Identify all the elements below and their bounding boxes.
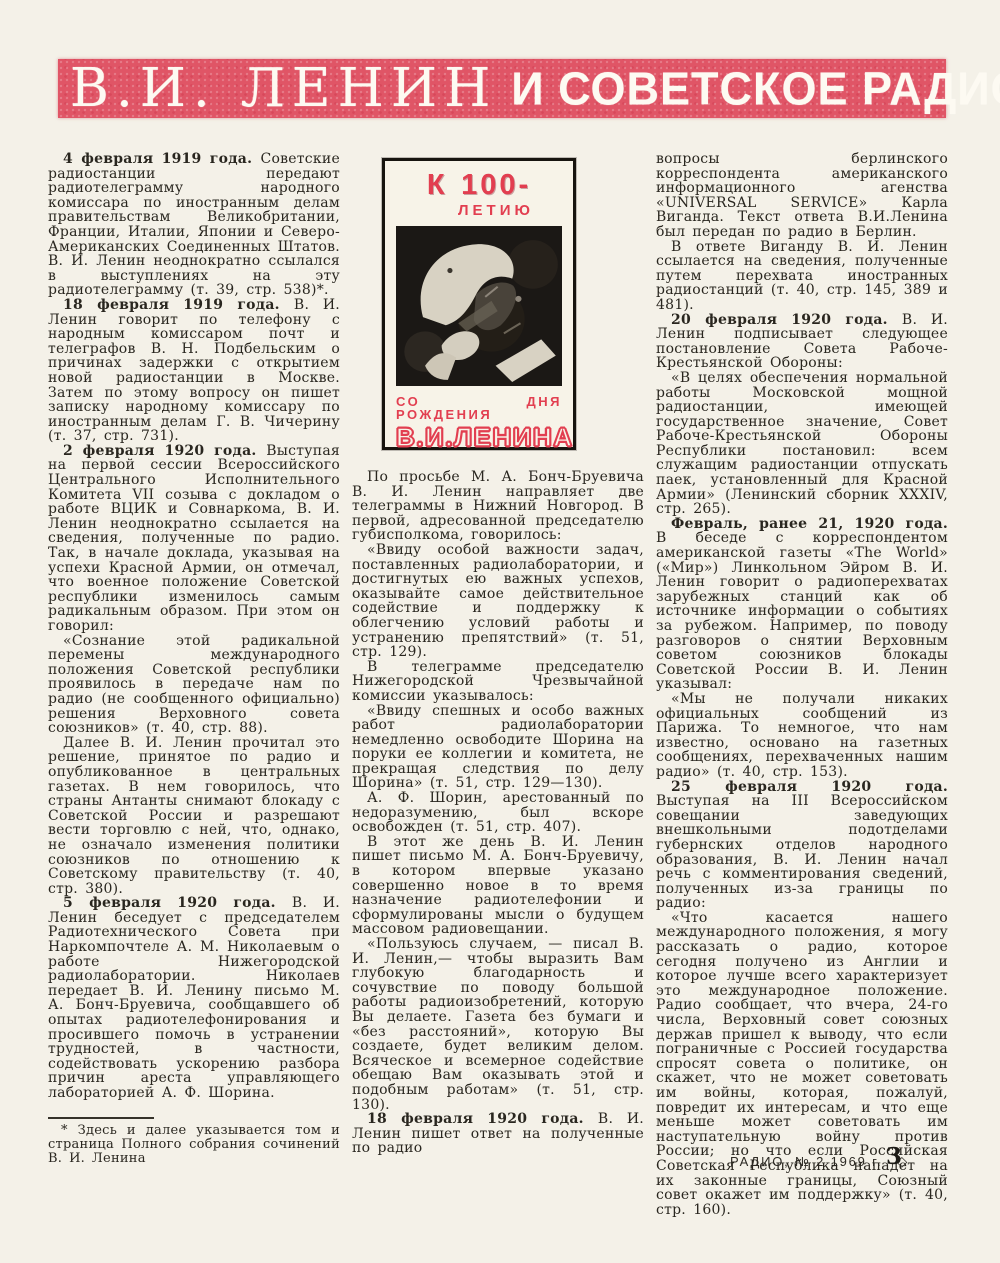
poster-headline: К 100-: [396, 171, 562, 200]
paragraph: вопросы берлинского корреспондента амери…: [656, 152, 948, 240]
date-lead: 18 февраля 1919 года.: [63, 297, 294, 313]
paragraph: «Пользуюсь случаем, — писал В. И. Ленин,…: [352, 937, 644, 1112]
date-lead: 2 февраля 1920 года.: [63, 443, 266, 459]
poster-subheadline: ЛЕТИЮ: [458, 203, 562, 218]
paragraph: В телеграмме председателю Нижегородской …: [352, 660, 644, 704]
date-lead: Февраль, ранее 21, 1920 года.: [671, 516, 948, 532]
paragraph: В ответе Виганду В. И. Ленин ссылается н…: [656, 240, 948, 313]
column-right: вопросы берлинского корреспондента амери…: [656, 152, 948, 1217]
paragraph: «В целях обеспечения нормальной работы М…: [656, 371, 948, 517]
page-footer: РАДИО, № 2 1969 г.◇: [730, 1153, 907, 1170]
date-lead: 18 февраля 1920 года.: [367, 1111, 598, 1127]
paragraph: 18 февраля 1920 года. В. И. Ленин пишет …: [352, 1112, 644, 1156]
article-masthead: В.И. ЛЕНИН И СОВЕТСКОЕ РАДИО: [58, 59, 946, 118]
column-left: 4 февраля 1919 года. Советские радиостан…: [48, 152, 340, 1217]
paragraph: «Ввиду особой важности задач, поставленн…: [352, 543, 644, 660]
paragraph: 18 февраля 1919 года. В. И. Ленин говори…: [48, 298, 340, 444]
date-lead: 4 февраля 1919 года.: [63, 151, 260, 167]
paragraph: 20 февраля 1920 года. В. И. Ленин подпис…: [656, 313, 948, 371]
journal-issue-label: РАДИО, № 2 1969 г.: [730, 1154, 883, 1169]
footnote-divider: [48, 1117, 154, 1119]
paragraph: 25 февраля 1920 года. Выступая на III Вс…: [656, 780, 948, 911]
footnote-text: * Здесь и далее указывается том и страни…: [48, 1124, 340, 1167]
lenin-portrait-photo: [396, 226, 562, 386]
magazine-page: В.И. ЛЕНИН И СОВЕТСКОЕ РАДИО 4 февраля 1…: [0, 0, 1000, 1263]
paragraph: 4 февраля 1919 года. Советские радиостан…: [48, 152, 340, 298]
center-paragraphs: По просьбе М. А. Бонч-Бруевича В. И. Лен…: [352, 470, 644, 1156]
paragraph: «Ввиду спешных и особо важных работ ради…: [352, 704, 644, 792]
lenin-centenary-poster: К 100- ЛЕТИЮ: [382, 158, 576, 450]
paragraph: По просьбе М. А. Бонч-Бруевича В. И. Лен…: [352, 470, 644, 543]
paragraph: 2 февраля 1920 года. Выступая на первой …: [48, 444, 340, 634]
poster-caption-big: В.И.ЛЕНИНА: [396, 424, 562, 451]
date-lead: 25 февраля 1920 года.: [671, 779, 948, 795]
paragraph: Далее В. И. Ленин прочитал это решение, …: [48, 736, 340, 897]
paragraph: 5 февраля 1920 года. В. И. Ленин беседуе…: [48, 896, 340, 1100]
page-number: 3: [886, 1143, 902, 1170]
poster-caption-small: СО ДНЯ РОЖДЕНИЯ: [396, 395, 562, 421]
masthead-title-lenin: В.И. ЛЕНИН: [70, 62, 497, 115]
article-body: 4 февраля 1919 года. Советские радиостан…: [48, 152, 948, 1217]
paragraph: Февраль, ранее 21, 1920 года. В беседе с…: [656, 517, 948, 692]
paragraph: «Мы не получали никаких официальных сооб…: [656, 692, 948, 780]
date-lead: 20 февраля 1920 года.: [671, 312, 902, 328]
paragraph: В этот же день В. И. Ленин пишет письмо …: [352, 835, 644, 937]
column-center: К 100- ЛЕТИЮ: [352, 152, 644, 1217]
left-paragraphs: 4 февраля 1919 года. Советские радиостан…: [48, 152, 340, 1101]
date-lead: 5 февраля 1920 года.: [63, 895, 292, 911]
right-paragraphs: вопросы берлинского корреспондента амери…: [656, 152, 948, 1217]
masthead-title-soviet-radio: И СОВЕТСКОЕ РАДИО: [511, 65, 1000, 112]
paragraph: А. Ф. Шорин, арестованный по недоразумен…: [352, 791, 644, 835]
paragraph: «Сознание этой радикальной перемены межд…: [48, 634, 340, 736]
paragraph: «Что касается нашего международного поло…: [656, 911, 948, 1217]
footnote: * Здесь и далее указывается том и страни…: [48, 1117, 340, 1167]
